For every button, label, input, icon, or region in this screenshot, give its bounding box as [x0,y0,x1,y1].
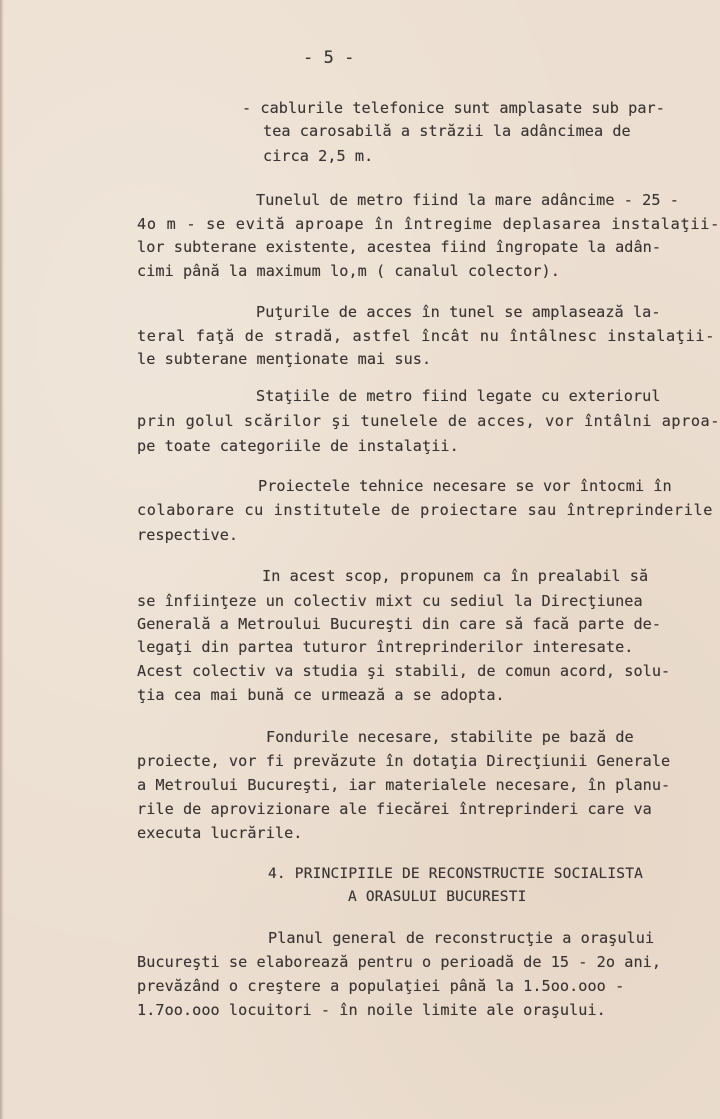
document-page: - 5 - - cablurile telefonice sunt amplas… [0,0,720,1119]
text-line: In acest scop, propunem ca în prealabil … [262,566,648,586]
text-line: Staţiile de metro fiind legate cu exteri… [256,386,661,406]
text-line: pe toate categoriile de instalaţii. [137,436,459,456]
text-line: Fondurile necesare, stabilite pe bază de [266,727,634,747]
text-line: Puţurile de acces în tunel se amplasează… [256,302,661,322]
text-line: Tunelul de metro fiind la mare adâncime … [256,190,679,210]
text-line: rile de aprovizionare ale fiecărei între… [137,799,652,819]
page-edge-shadow [0,0,4,1119]
text-line: tea carosabilă a străzii la adâncimea de [263,121,631,141]
section-heading-line-2: A ORASULUI BUCURESTI [348,887,527,907]
text-line: teral faţă de stradă, astfel încât nu în… [137,326,715,346]
text-line: a Metroului Bucureşti, iar materialele n… [137,775,670,795]
text-line: colaborare cu institutele de proiectare … [137,500,713,520]
text-line: proiecte, vor fi prevăzute în dotaţia Di… [137,751,670,771]
text-line: lor subterane existente, acestea fiind î… [137,237,661,257]
text-line: - cablurile telefonice sunt amplasate su… [242,98,665,118]
text-line: Generală a Metroului Bucureşti din care … [137,614,661,634]
text-line: 4o m - se evită aproape în întregime dep… [137,214,720,234]
text-line: Acest colectiv va studia şi stabili, de … [137,661,670,681]
text-line: legaţi din partea tuturor întreprinderil… [137,637,633,657]
section-heading-line-1: 4. PRINCIPIILE DE RECONSTRUCTIE SOCIALIS… [268,864,643,884]
text-line: respective. [137,525,238,545]
text-line: circa 2,5 m. [263,146,373,166]
text-line: Proiectele tehnice necesare se vor întoc… [258,476,672,496]
text-line: se înfiinţeze un colectiv mixt cu sediul… [137,591,643,611]
text-line: Bucureşti se elaborează pentru o perioad… [137,952,661,972]
text-line: 1.7oo.ooo locuitori - în noile limite al… [137,1000,606,1020]
page-number: - 5 - [303,48,354,68]
text-line: Planul general de reconstrucţie a oraşul… [268,928,654,948]
text-line: ţia cea mai bună ce urmează a se adopta. [137,685,505,705]
text-line: prin golul scărilor şi tunelele de acces… [137,411,720,431]
text-line: executa lucrările. [137,823,303,843]
text-line: le subterane menţionate mai sus. [137,349,431,369]
text-line: prevăzând o creştere a populaţiei până l… [137,976,624,996]
text-line: cimi până la maximum lo,m ( canalul cole… [137,261,560,281]
